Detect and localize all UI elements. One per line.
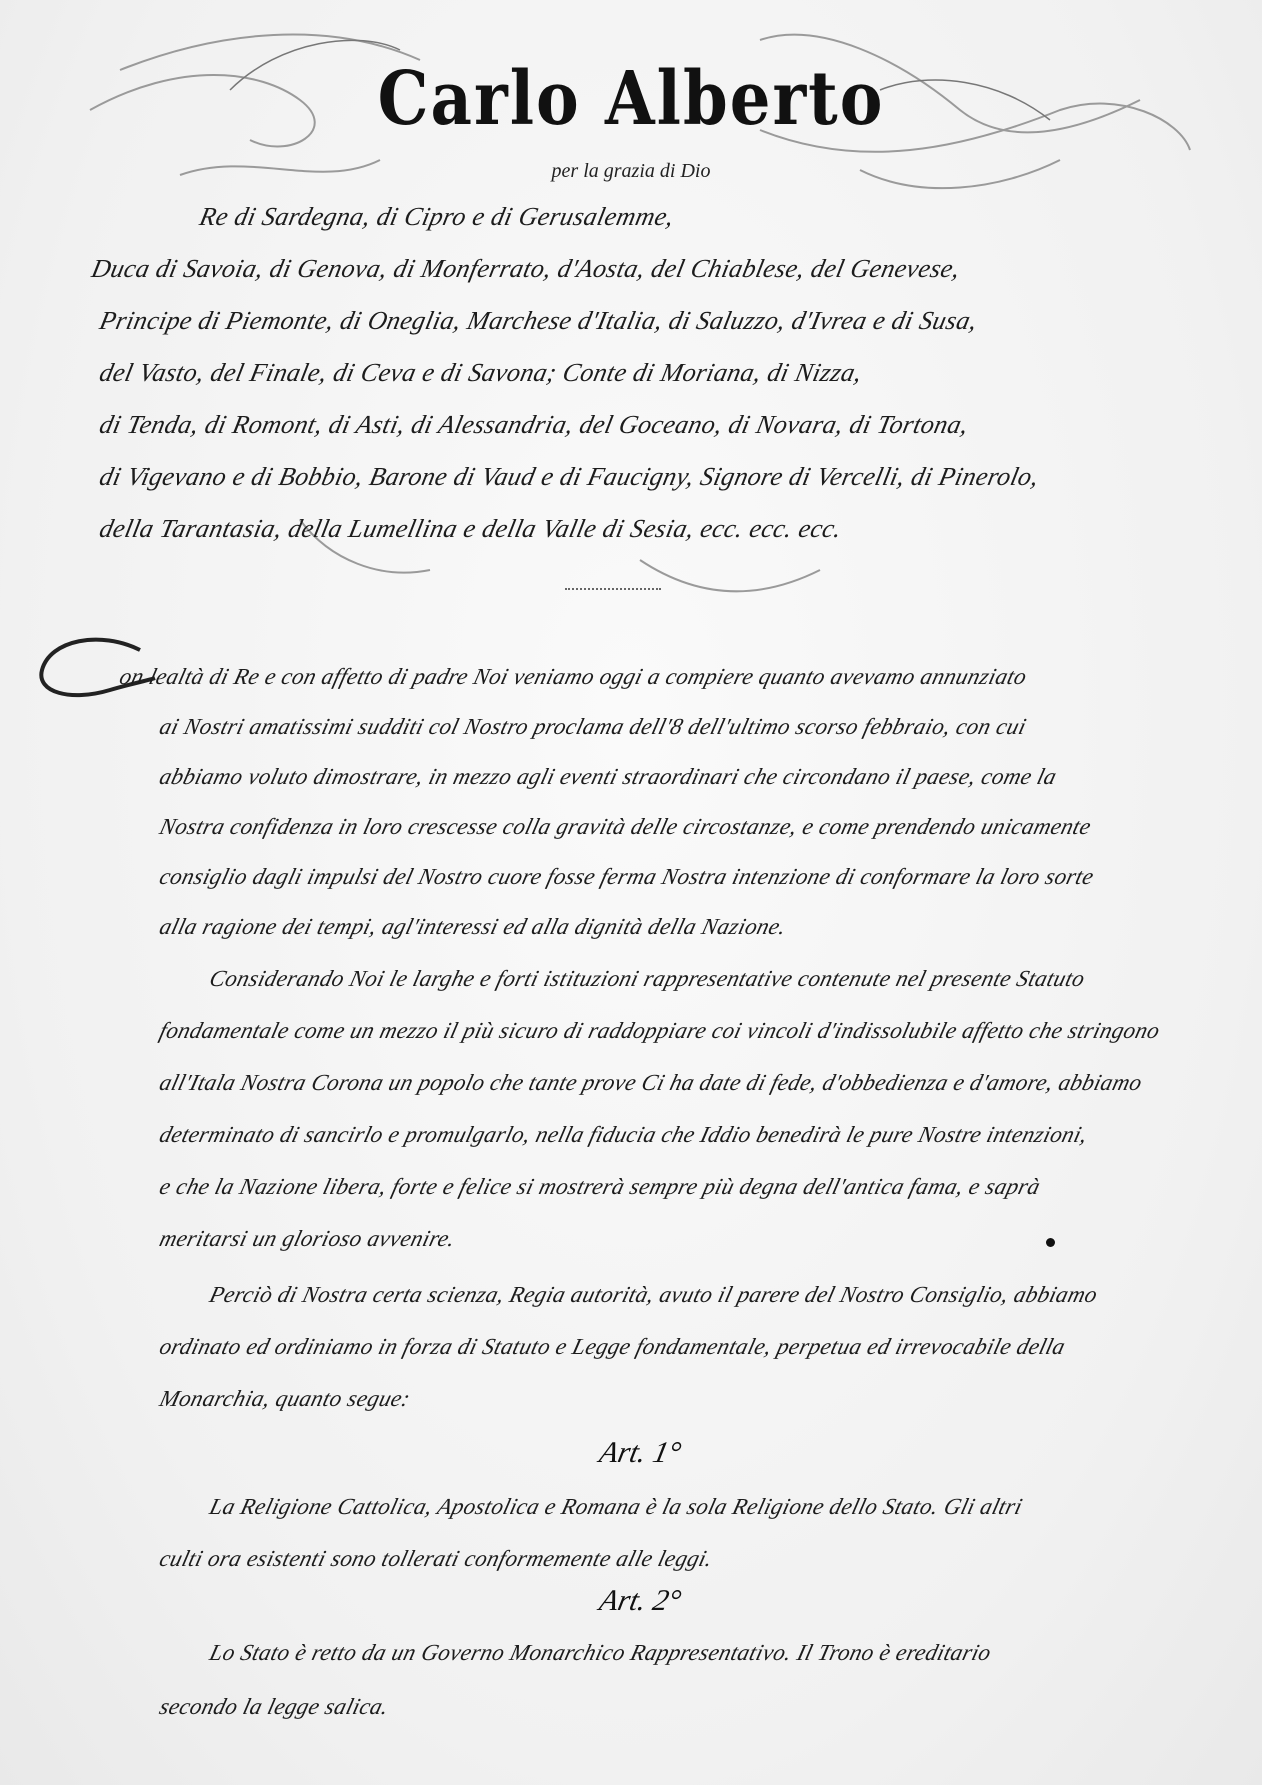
preamble-line: meritarsi un glorioso avvenire. <box>157 1226 663 1252</box>
document-page: Carlo Alberto per la grazia di Dio Re di… <box>0 0 1262 1785</box>
preamble-line: abbiamo voluto dimostrare, in mezzo agli… <box>157 764 1203 790</box>
document-subtitle: per la grazia di Dio <box>0 160 1262 183</box>
preamble-line: all'Itala Nostra Corona un popolo che ta… <box>157 1070 1203 1096</box>
ornamental-divider <box>565 588 661 590</box>
preamble-line: fondamentale come un mezzo il più sicuro… <box>157 1018 1203 1044</box>
article-1-heading: Art. 1° <box>596 1436 684 1470</box>
preamble-line: alla ragione dei tempi, agl'interessi ed… <box>157 914 963 940</box>
titles-line: del Vasto, del Finale, di Ceva e di Savo… <box>97 358 1183 388</box>
article-line: Lo Stato è retto da un Governo Monarchic… <box>207 1640 1203 1666</box>
preamble-line: Monarchia, quanto segue: <box>157 1386 663 1412</box>
preamble-line: e che la Nazione libera, forte e felice … <box>157 1174 1203 1200</box>
article-line: culti ora esistenti sono tollerati confo… <box>157 1546 963 1572</box>
titles-line: Re di Sardegna, di Cipro e di Gerusalemm… <box>197 202 923 232</box>
titles-line: Duca di Savoia, di Genova, di Monferrato… <box>89 254 1175 284</box>
titles-line: Principe di Piemonte, di Oneglia, Marche… <box>97 306 1183 336</box>
preamble-line: Perciò di Nostra certa scienza, Regia au… <box>207 1282 1203 1308</box>
article-2-heading: Art. 2° <box>596 1584 684 1618</box>
titles-line: di Tenda, di Romont, di Asti, di Alessan… <box>97 410 1183 440</box>
preamble-line: determinato di sancirlo e promulgarlo, n… <box>157 1122 1203 1148</box>
article-line: secondo la legge salica. <box>157 1694 563 1720</box>
preamble-line: Considerando Noi le larghe e forti istit… <box>207 966 1203 992</box>
titles-line: di Vigevano e di Bobbio, Barone di Vaud … <box>97 462 1183 492</box>
document-title: Carlo Alberto <box>0 56 1262 142</box>
preamble-line: on lealtà di Re e con affetto di padre N… <box>117 664 1203 690</box>
ink-blot <box>1046 1238 1055 1247</box>
preamble-line: Nostra confidenza in loro crescesse coll… <box>157 814 1203 840</box>
article-line: La Religione Cattolica, Apostolica e Rom… <box>207 1494 1203 1520</box>
preamble-line: ai Nostri amatissimi sudditi col Nostro … <box>157 714 1203 740</box>
preamble-line: consiglio dagli impulsi del Nostro cuore… <box>157 864 1203 890</box>
preamble-line: ordinato ed ordiniamo in forza di Statut… <box>157 1334 1203 1360</box>
titles-line: della Tarantasia, della Lumellina e dell… <box>97 514 983 544</box>
